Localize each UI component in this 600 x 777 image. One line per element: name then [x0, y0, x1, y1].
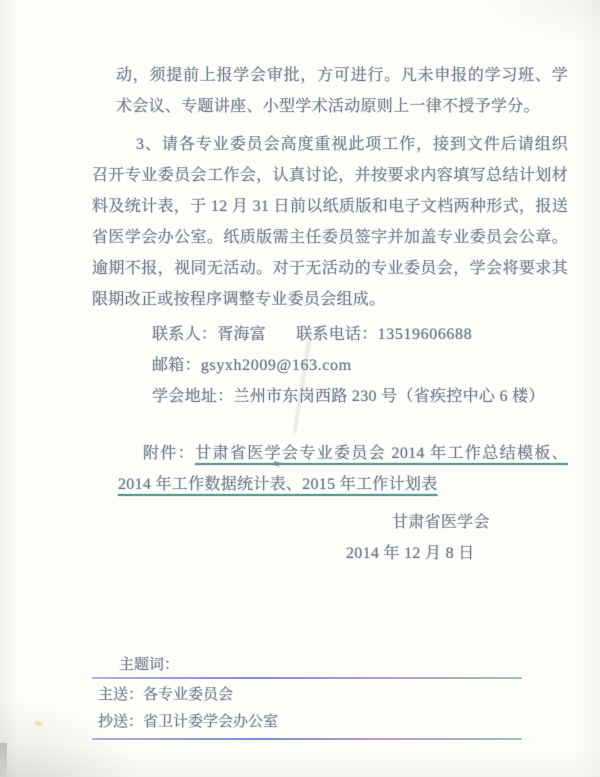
contact-person-label: 联系人： [152, 326, 217, 343]
main-send-label: 主送： [98, 687, 143, 703]
document-body: 动，须提前上报学会审批，方可进行。凡未申报的学习班、学术会议、专题讲座、小型学术… [92, 60, 568, 569]
contact-phone-value: 13519606688 [378, 326, 473, 343]
cc-value: 省卫计委学会办公室 [143, 714, 278, 730]
contact-line-person: 联系人：胥海富联系电话：13519606688 [152, 319, 568, 350]
contact-block: 联系人：胥海富联系电话：13519606688 邮箱：gsyxh2009@163… [152, 319, 568, 412]
scan-stain-dot [33, 720, 43, 728]
signature-block: 甘肃省医学会 2014 年 12 月 8 日 [92, 508, 568, 569]
footer-divider-bottom [92, 738, 522, 740]
signature-date: 2014 年 12 月 8 日 [346, 539, 568, 569]
contact-person-name: 胥海富 [217, 326, 266, 343]
contact-address-label: 学会地址： [152, 388, 234, 405]
footer-divider-top [92, 677, 522, 679]
scan-edge-smudge [0, 743, 7, 777]
contact-email-label: 邮箱： [152, 357, 201, 374]
attachment-label: 附件： [143, 445, 195, 462]
subject-words-label: 主题词： [119, 655, 522, 676]
cc-line: 抄送：省卫计委学会办公室 [98, 712, 522, 733]
attachment-line: 附件：甘肃省医学会专业委员会 2014 年工作总结模板、2014 年工作数据统计… [118, 438, 568, 500]
contact-line-email: 邮箱：gsyxh2009@163.com [152, 350, 568, 381]
paragraph-continuation: 动，须提前上报学会审批，方可进行。凡未申报的学习班、学术会议、专题讲座、小型学术… [116, 60, 568, 122]
contact-phone-label: 联系电话： [296, 326, 378, 343]
cc-label: 抄送： [98, 714, 143, 730]
contact-line-address: 学会地址：兰州市东岗西路 230 号（省疾控中心 6 楼） [152, 381, 568, 412]
signature-org: 甘肃省医学会 [392, 508, 568, 538]
main-send-value: 各专业委员会 [143, 687, 233, 703]
contact-email-value: gsyxh2009@163.com [201, 357, 352, 374]
contact-address-value: 兰州市东岗西路 230 号（省疾控中心 6 楼） [234, 388, 545, 405]
scanned-document-page: 动，须提前上报学会审批，方可进行。凡未申报的学习班、学术会议、专题讲座、小型学术… [0, 0, 600, 777]
document-footer: 主题词： 主送：各专业委员会 抄送：省卫计委学会办公室 [92, 655, 522, 740]
paragraph-item-3: 3、请各专业委员会高度重视此项工作，接到文件后请组织召开专业委员会工作会，认真讨… [92, 129, 568, 315]
main-send-line: 主送：各专业委员会 [98, 685, 522, 706]
